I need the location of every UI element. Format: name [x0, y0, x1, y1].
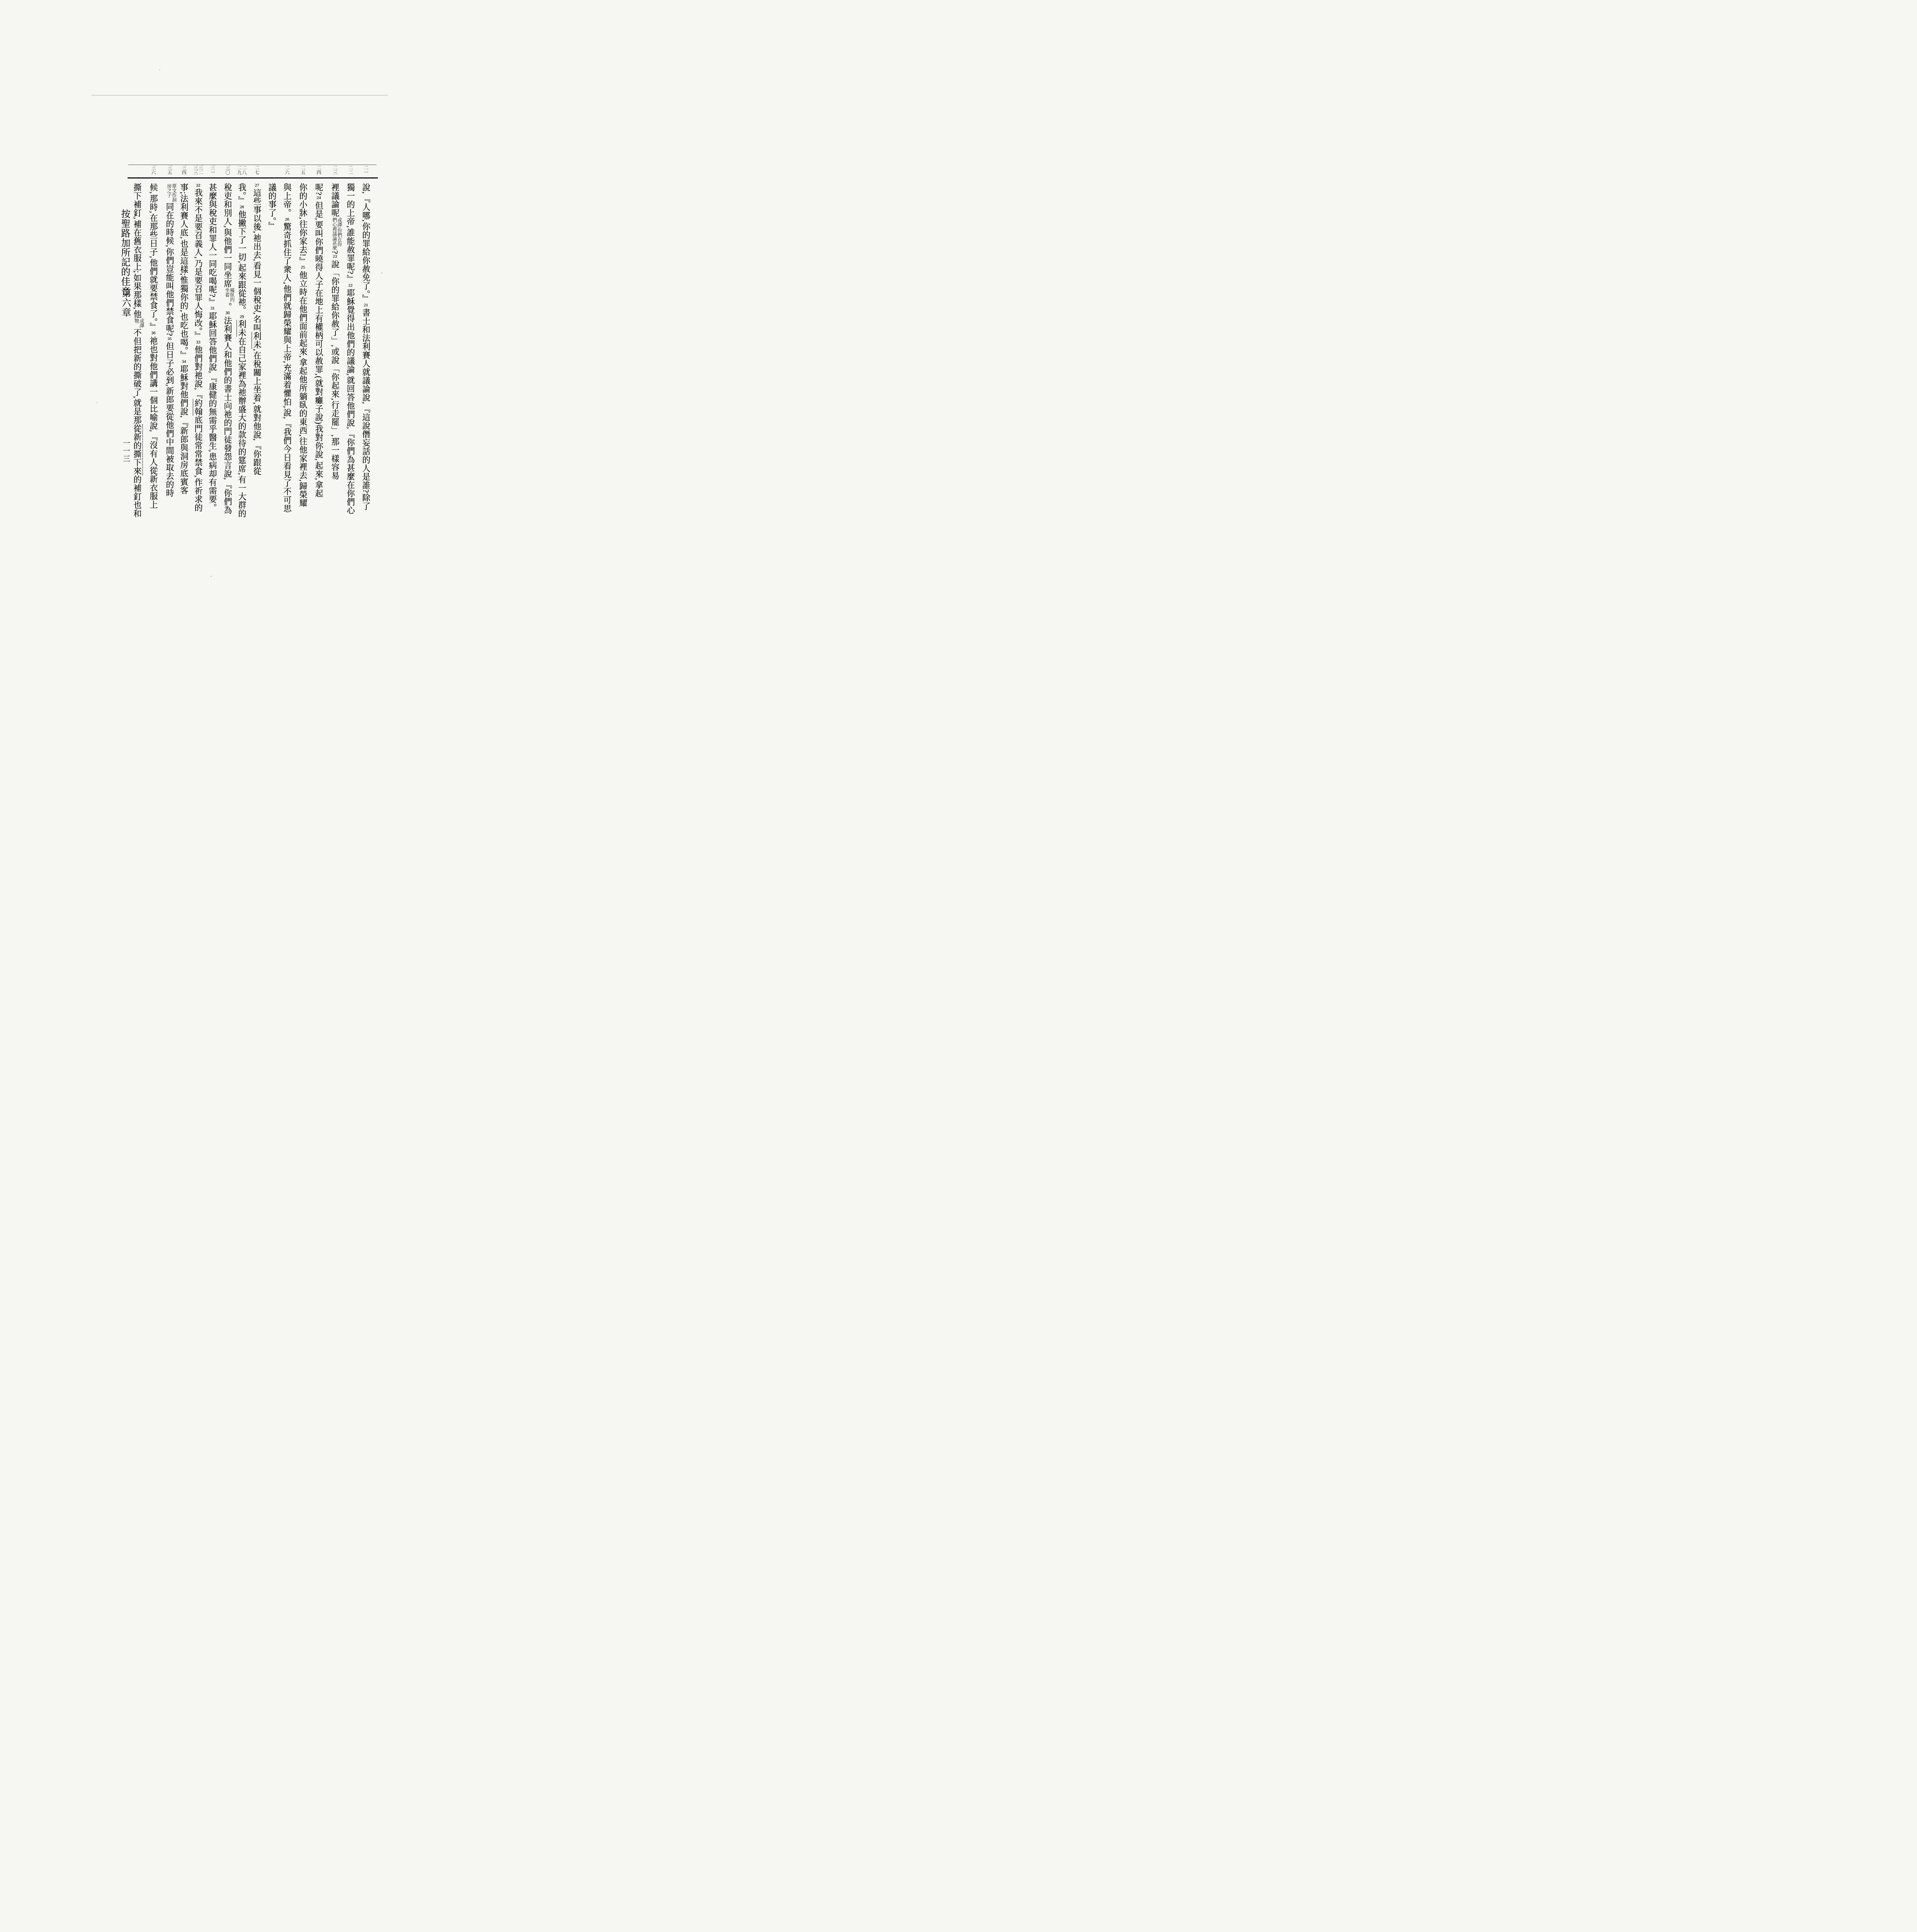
verse-number-label: 三一: [210, 165, 215, 175]
annotation-note-line: 原文作洞: [172, 184, 177, 202]
scripture-text: 議的事了。』: [267, 183, 277, 230]
scripture-text: 說,『人哪,你的罪給你赦免了。』: [361, 183, 371, 303]
verse-number-label: 二四: [316, 165, 321, 175]
top-margin-rule: [92, 95, 388, 95]
text-column: 事;法利賽人底,也是這樣;惟獨你的,也吃也喝。』34耶穌對他們說,『新郎與洞房底…: [177, 183, 191, 550]
scripture-text: 說「你的罪給你赦了」,或說「你起來,行走罷」,那一樣容易: [330, 260, 340, 480]
scan-speck: [381, 272, 383, 274]
verse-number-label: 三六: [151, 165, 156, 175]
verse-number: 35: [167, 337, 173, 341]
verse-number: 24: [316, 196, 322, 200]
verse-number-label-text: 三三: [193, 165, 198, 175]
verse-number-label: 二七: [254, 165, 259, 175]
verse-number: 28: [239, 205, 245, 209]
scripture-text: 甚麼與稅吏和罪人一同吃喝呢?』: [208, 183, 217, 306]
text-column: 原文作洞房之子同在的時候,你們豈能叫他們禁食呢?35但日子必到,新郎要從他們中間…: [162, 183, 177, 550]
text-column: 候,那時,在那些日子,他們就要禁食了。』36祂也對他們講一個比喻說,『沒有人從新…: [146, 183, 161, 550]
scripture-text: 這些事以後,祂出去,看見一個稅吏,名叫: [252, 189, 262, 332]
scripture-text: 我。』: [237, 183, 247, 205]
text-column: 撕下補釘,補在舊衣服上;如果那樣,他或譯牠不但把新的撕破了,就是那從新的撕下來的…: [130, 183, 145, 550]
verse-number: 30: [225, 311, 231, 315]
scripture-text: 底門徒常常禁食,作祈求的: [194, 416, 203, 512]
scripture-text: 稅吏和別人,與他們一同坐席: [223, 183, 232, 287]
proper-name: 利未: [236, 320, 247, 337]
annotation-note: 或譯:你們在你們心裡議論甚麼: [332, 218, 342, 250]
scripture-text: 耶穌對他們說,『新郎與洞房底賓客: [179, 365, 189, 495]
verse-number-label: 三五: [167, 165, 172, 175]
scan-speck: [97, 402, 97, 403]
scripture-text: 獨一的上帝,誰能赦罪呢?』: [346, 183, 355, 283]
emphasized-text: 從新的撕下來: [133, 424, 143, 475]
text-column: 呢?24但是,要叫你們曉得人子在地上有權柄可以赦罪,(就對癱子說)我對你說,起來…: [311, 183, 326, 550]
scripture-text: 不但把新的撕破了,就是那: [133, 328, 142, 424]
verse-number-label-text: 二七: [254, 165, 259, 175]
text-column: 27這些事以後,祂出去,看見一個稅吏,名叫利未,在稅關上坐着,就對他說,『你跟從: [250, 183, 264, 550]
annotation-note-line: 們心裡議論甚麼: [332, 218, 337, 250]
text-column: 32我來不是要召義人,乃是要召罪人悔改。』33他們對祂說,『約翰底門徒常常禁食,…: [191, 183, 206, 550]
scripture-text: 事;法利賽人底,也是這樣;惟獨你的,也吃也喝。』: [179, 183, 189, 359]
annotation-note-line: 房之子: [167, 184, 172, 202]
annotation-note-line: 或譯: [139, 318, 144, 328]
verse-number: 34: [181, 360, 187, 364]
proper-name: 約翰: [193, 399, 203, 416]
text-column: 你的小牀,往你家去!』25他立時在他們面前起來,拿起他所躺臥的東西,往他家裡去,…: [296, 183, 310, 550]
verse-number-label-text: 二二: [348, 165, 353, 175]
verse-number-label: 二六: [284, 165, 289, 175]
verse-number-label: 三二三三: [193, 165, 203, 175]
scripture-text: 你的小牀,往你家去!』: [298, 183, 308, 265]
annotation-note: 橫臥的坐着: [225, 288, 235, 302]
scripture-text: 與上帝。: [282, 183, 292, 217]
annotation-note: 原文作洞房之子: [167, 184, 177, 202]
verse-number-label-text: 三四: [181, 165, 186, 175]
text-column: 議的事了。』: [265, 183, 279, 550]
verse-number-label-text: 二三: [332, 165, 337, 175]
scripture-text: 裡議論呢: [330, 183, 340, 217]
scripture-text: 但是,要叫你們曉得人子在地上有權柄可以赦罪,(就對癱子說)我對你說,起來,拿起: [314, 201, 323, 497]
scripture-text: 驚奇抓住了衆人,他們就歸榮耀與上帝,充滿着懼怕,說,『我們今日看見了不可思: [282, 223, 292, 513]
verse-number-label-text: 二八: [242, 165, 247, 175]
scripture-text: 同在的時候,你們豈能叫他們禁食呢?: [165, 202, 174, 337]
scripture-text: 法利賽人和他們的書士向祂的門徒發怨言說,『你們為: [223, 316, 232, 514]
scripture-text: 祂也對他們講一個比喻說,『沒有人從新衣服上: [149, 336, 158, 509]
scripture-text: ?: [330, 250, 340, 254]
verse-number-label-text: 三〇: [225, 165, 230, 175]
verse-number-label: 三四: [181, 165, 186, 175]
verse-number-label-text: 三二: [198, 165, 203, 175]
scripture-text: 耶穌回答他們說,『康健的無需乎醫生,患病却有需要。: [208, 311, 217, 512]
annotation-note: 或譯牠: [134, 318, 144, 328]
text-column: 我。』28他撇下了一切,起來跟從祂。29利未在自己家裡為祂辦盛大的款待的筵席,有…: [235, 183, 249, 550]
chapter-label: 第六章: [119, 288, 131, 317]
text-column: 甚麼與稅吏和罪人一同吃喝呢?』31耶穌回答他們說,『康健的無需乎醫生,患病却有需…: [205, 183, 220, 550]
verse-number-label: 二二: [348, 165, 353, 175]
text-column: 裡議論呢或譯:你們在你們心裡議論甚麼?23說「你的罪給你赦了」,或說「你起來,行…: [328, 183, 342, 550]
scripture-text: 候,那時,在那些日子,他們就要禁食了。』: [149, 183, 158, 331]
verse-number: 29: [239, 315, 245, 319]
scripture-text: 的補釘也和: [133, 475, 142, 518]
verse-number: 23: [332, 255, 338, 259]
verse-number-label-text: 二六: [284, 165, 289, 175]
scripture-text: 在自己家裡為祂辦盛大的款待的筵席,有一大群的: [237, 337, 247, 518]
annotation-note-line: 或譯:你們在你: [337, 218, 342, 250]
scripture-text: 書士和法利賽人就議論說,『這說僭妄話的人是誰?除了: [361, 308, 371, 510]
text-column: 說,『人哪,你的罪給你赦免了。』21書士和法利賽人就議論說,『這說僭妄話的人是誰…: [359, 183, 373, 550]
verse-number: 27: [254, 184, 260, 188]
annotation-note-line: 牠: [134, 318, 139, 328]
verse-number-label: 三〇: [225, 165, 230, 175]
verse-number-label: 二五: [300, 165, 305, 175]
verse-number-label-text: 二九: [236, 165, 242, 175]
text-column: 與上帝。26驚奇抓住了衆人,他們就歸榮耀與上帝,充滿着懼怕,說,『我們今日看見了…: [280, 183, 294, 550]
annotation-note-line: 橫臥的: [230, 288, 235, 302]
verse-number-label-text: 二一: [363, 165, 368, 175]
scripture-text: ,在稅關上坐着,就對他說,『你跟從: [252, 349, 262, 475]
verse-number-label: 二一: [363, 165, 368, 175]
verse-number: 36: [151, 331, 156, 335]
scripture-text: 耶穌覺得出他們的議論,就回答他們說,『你們為甚麼在你們心: [346, 289, 355, 515]
scripture-text: 撕下補釘,補在舊衣服上;如果那樣,他: [133, 183, 142, 318]
verse-number: 31: [210, 306, 216, 311]
proper-name: 利未: [252, 332, 262, 349]
text-column: 獨一的上帝,誰能赦罪呢?』22耶穌覺得出他們的議論,就回答他們說,『你們為甚麼在…: [343, 183, 358, 550]
text-column: 稅吏和別人,與他們一同坐席橫臥的坐着。30法利賽人和他們的書士向祂的門徒發怨言說…: [220, 183, 235, 550]
running-title: 按聖路加所記的佳音: [118, 209, 131, 296]
verse-number: 26: [284, 218, 290, 222]
annotation-note-line: 坐着: [225, 288, 230, 302]
verse-number: 33: [196, 340, 201, 345]
verse-number-label-text: 二四: [316, 165, 321, 175]
verse-number-label-text: 三五: [167, 165, 172, 175]
verse-number: 25: [300, 265, 306, 270]
verse-number-label: 二八二九: [236, 165, 247, 175]
verse-number-label-text: 三一: [210, 165, 215, 175]
page-number: 一一三: [121, 439, 131, 463]
scripture-text: 但日子必到,新郎要從他們中間被取去的時: [165, 342, 174, 497]
verse-number: 32: [196, 184, 201, 188]
scan-speck: [211, 576, 212, 577]
scanned-book-page: 二一二二二三二四二五二六二七二八二九三〇三一三二三三三四三五三六 說,『人哪,你…: [0, 0, 479, 678]
verse-number-label-text: 三六: [151, 165, 156, 175]
scripture-text: 他們對祂說,『: [194, 345, 203, 399]
verse-ruler-bottom-rule: [128, 177, 378, 179]
scripture-text: 他撇下了一切,起來跟從祂。: [237, 210, 247, 315]
verse-number: 21: [363, 303, 369, 308]
scripture-text: 他立時在他們面前起來,拿起他所躺臥的東西,往他家裡去,歸榮耀: [298, 270, 308, 507]
verse-number: 22: [348, 284, 354, 288]
verse-ruler-top-rule: [128, 165, 376, 165]
scripture-text: 。: [223, 302, 232, 311]
scan-speck: [159, 70, 160, 70]
scripture-text: 我來不是要召義人,乃是要召罪人悔改。』: [194, 189, 203, 340]
verse-number-label-text: 二五: [300, 165, 305, 175]
scripture-text: 呢?: [314, 183, 323, 196]
verse-number-label: 二三: [332, 165, 337, 175]
